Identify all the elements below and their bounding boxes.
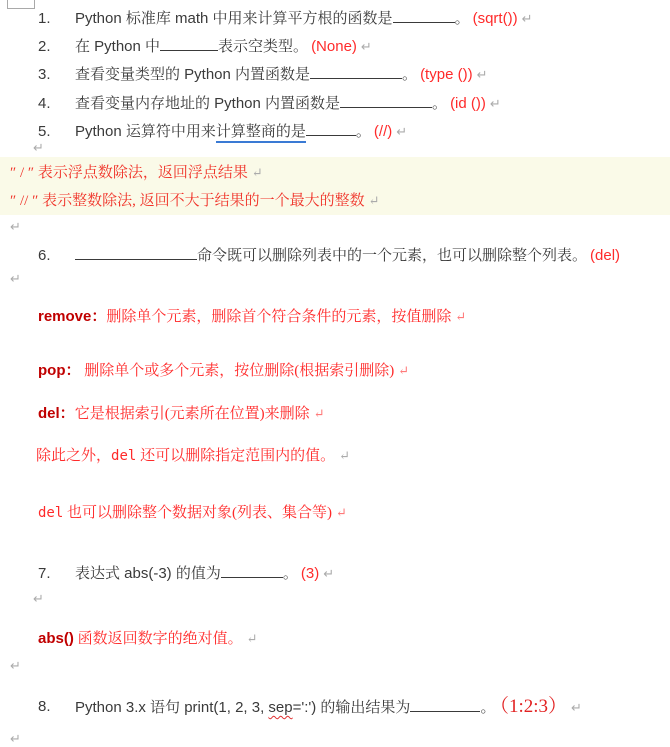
division-note-line-2: ″ // ″ 表示整数除法, 返回不大于结果的一个最大的整数↵ [0, 187, 670, 215]
list-number: 6. [38, 246, 51, 266]
answer-blank [410, 698, 480, 712]
note-text: 它是根据索引(元素所在位置)来删除 [75, 406, 310, 422]
empty-paragraph-mark: ↵ [10, 272, 21, 286]
note-text: 删除单个或多个元素，按位删除(根据索引删除) [81, 363, 395, 379]
pilcrow-mark: ↵ [396, 124, 407, 139]
note-text: 还可以删除指定范围内的值。 [136, 448, 335, 464]
table-corner-marker [7, 0, 35, 9]
del-label: del： [38, 405, 75, 422]
del-code: del [38, 505, 63, 521]
del-extra-note: 除此之外，del 还可以删除指定范围内的值。↵ [36, 446, 350, 466]
question-7: 7. 表达式 abs(-3) 的值为。(3)↵ [0, 564, 670, 584]
empty-paragraph-mark: ↵ [33, 592, 44, 606]
del-object-note: del 也可以删除整个数据对象(列表、集合等)↵ [38, 503, 347, 523]
list-number: 5. [38, 122, 51, 142]
question-3: 3. 查看变量类型的 Python 内置函数是。(type ())↵ [0, 65, 670, 85]
answer-text: (3) [301, 565, 319, 582]
answer-text: (None) [311, 38, 357, 55]
pilcrow-mark: ↵ [336, 505, 347, 520]
answer-text: （1:2:3） [499, 696, 567, 717]
question-text: 在 Python 中 [75, 38, 160, 55]
period: 。 [356, 123, 371, 140]
division-note-line-1: ″ / ″ 表示浮点数除法，返回浮点结果↵ [0, 157, 670, 187]
pilcrow-mark: ↵ [571, 700, 582, 715]
period: 。 [402, 66, 417, 83]
question-4: 4. 查看变量内存地址的 Python 内置函数是。(id ())↵ [0, 94, 670, 114]
remove-label: remove： [38, 308, 106, 325]
list-number: 3. [38, 65, 51, 85]
answer-text: (sqrt()) [473, 10, 518, 27]
pilcrow-mark: ↵ [252, 165, 263, 180]
question-text: =':') 的输出结果为 [293, 699, 411, 716]
spellcheck-word: sep [268, 699, 292, 716]
empty-paragraph-mark: ↵ [10, 220, 21, 234]
question-text: 表示空类型。 [218, 38, 308, 55]
del-note: del：它是根据索引(元素所在位置)来删除↵ [38, 404, 325, 424]
note-text: ″ // ″ 表示整数除法, 返回不大于结果的一个最大的整数 [10, 193, 365, 209]
pilcrow-mark: ↵ [361, 39, 372, 54]
period: 。 [283, 565, 298, 582]
question-text: Python 运算符中用来 [75, 123, 216, 140]
note-text: 函数返回数字的绝对值。 [74, 631, 243, 647]
pilcrow-mark: ↵ [314, 406, 325, 421]
answer-blank [75, 246, 197, 260]
empty-paragraph-mark: ↵ [33, 141, 44, 155]
answer-blank [160, 37, 218, 51]
period: 。 [432, 95, 447, 112]
pilcrow-mark: ↵ [247, 631, 258, 646]
pilcrow-mark: ↵ [490, 96, 501, 111]
answer-blank [340, 94, 432, 108]
pilcrow-mark: ↵ [339, 448, 350, 463]
pilcrow-mark: ↵ [477, 67, 488, 82]
list-number: 2. [38, 37, 51, 57]
note-text: 删除单个元素，删除首个符合条件的元素，按值删除 [106, 309, 451, 325]
division-note-block: ″ / ″ 表示浮点数除法，返回浮点结果↵ ″ // ″ 表示整数除法, 返回不… [0, 157, 670, 215]
answer-text: (type ()) [420, 66, 473, 83]
period: 。 [455, 10, 470, 27]
pilcrow-mark: ↵ [323, 566, 334, 581]
list-number: 8. [38, 697, 51, 717]
answer-text: (id ()) [450, 95, 486, 112]
question-1: 1. Python 标准库 math 中用来计算平方根的函数是。(sqrt())… [0, 9, 670, 29]
list-number: 7. [38, 564, 51, 584]
note-text: 也可以删除整个数据对象(列表、集合等) [63, 505, 332, 521]
remove-note: remove：删除单个元素，删除首个符合条件的元素，按值删除↵ [38, 307, 466, 327]
answer-text: (//) [374, 123, 392, 140]
period: 。 [480, 699, 495, 716]
question-text: 查看变量类型的 Python 内置函数是 [75, 66, 310, 83]
pilcrow-mark: ↵ [369, 193, 380, 208]
pop-label: pop： [38, 362, 81, 379]
question-5: 5. Python 运算符中用来计算整商的是。(//)↵ [0, 122, 670, 142]
question-8: 8. Python 3.x 语句 print(1, 2, 3, sep=':')… [0, 697, 670, 717]
pilcrow-mark: ↵ [455, 309, 466, 324]
grammar-underlined-text: 计算整商的是 [216, 123, 306, 143]
pop-note: pop： 删除单个或多个元素，按位删除(根据索引删除)↵ [38, 361, 409, 381]
answer-blank [310, 65, 402, 79]
empty-paragraph-mark: ↵ [10, 732, 21, 746]
note-text: 除此之外， [36, 448, 111, 464]
list-number: 4. [38, 94, 51, 114]
empty-paragraph-mark: ↵ [10, 659, 21, 673]
question-text: 表达式 abs(-3) 的值为 [75, 565, 221, 582]
question-text: Python 标准库 math 中用来计算平方根的函数是 [75, 10, 393, 27]
question-text: Python 3.x 语句 print(1, 2, 3, [75, 699, 268, 716]
answer-blank [221, 564, 283, 578]
abs-note: abs() 函数返回数字的绝对值。↵ [38, 629, 258, 649]
del-code: del [111, 448, 136, 464]
pilcrow-mark: ↵ [398, 363, 409, 378]
answer-blank [393, 9, 455, 23]
question-2: 2. 在 Python 中表示空类型。(None)↵ [0, 37, 670, 57]
question-text: 查看变量内存地址的 Python 内置函数是 [75, 95, 340, 112]
pilcrow-mark: ↵ [522, 11, 533, 26]
question-text: 命令既可以删除列表中的一个元素，也可以删除整个列表。 [197, 247, 587, 264]
question-6: 6. 命令既可以删除列表中的一个元素，也可以删除整个列表。(del) [0, 246, 670, 266]
document-page[interactable]: 1. Python 标准库 math 中用来计算平方根的函数是。(sqrt())… [0, 0, 670, 747]
answer-blank [306, 122, 356, 136]
note-text: ″ / ″ 表示浮点数除法，返回浮点结果 [10, 165, 248, 181]
list-number: 1. [38, 9, 51, 29]
answer-text: (del) [590, 247, 620, 264]
abs-label: abs() [38, 630, 74, 647]
